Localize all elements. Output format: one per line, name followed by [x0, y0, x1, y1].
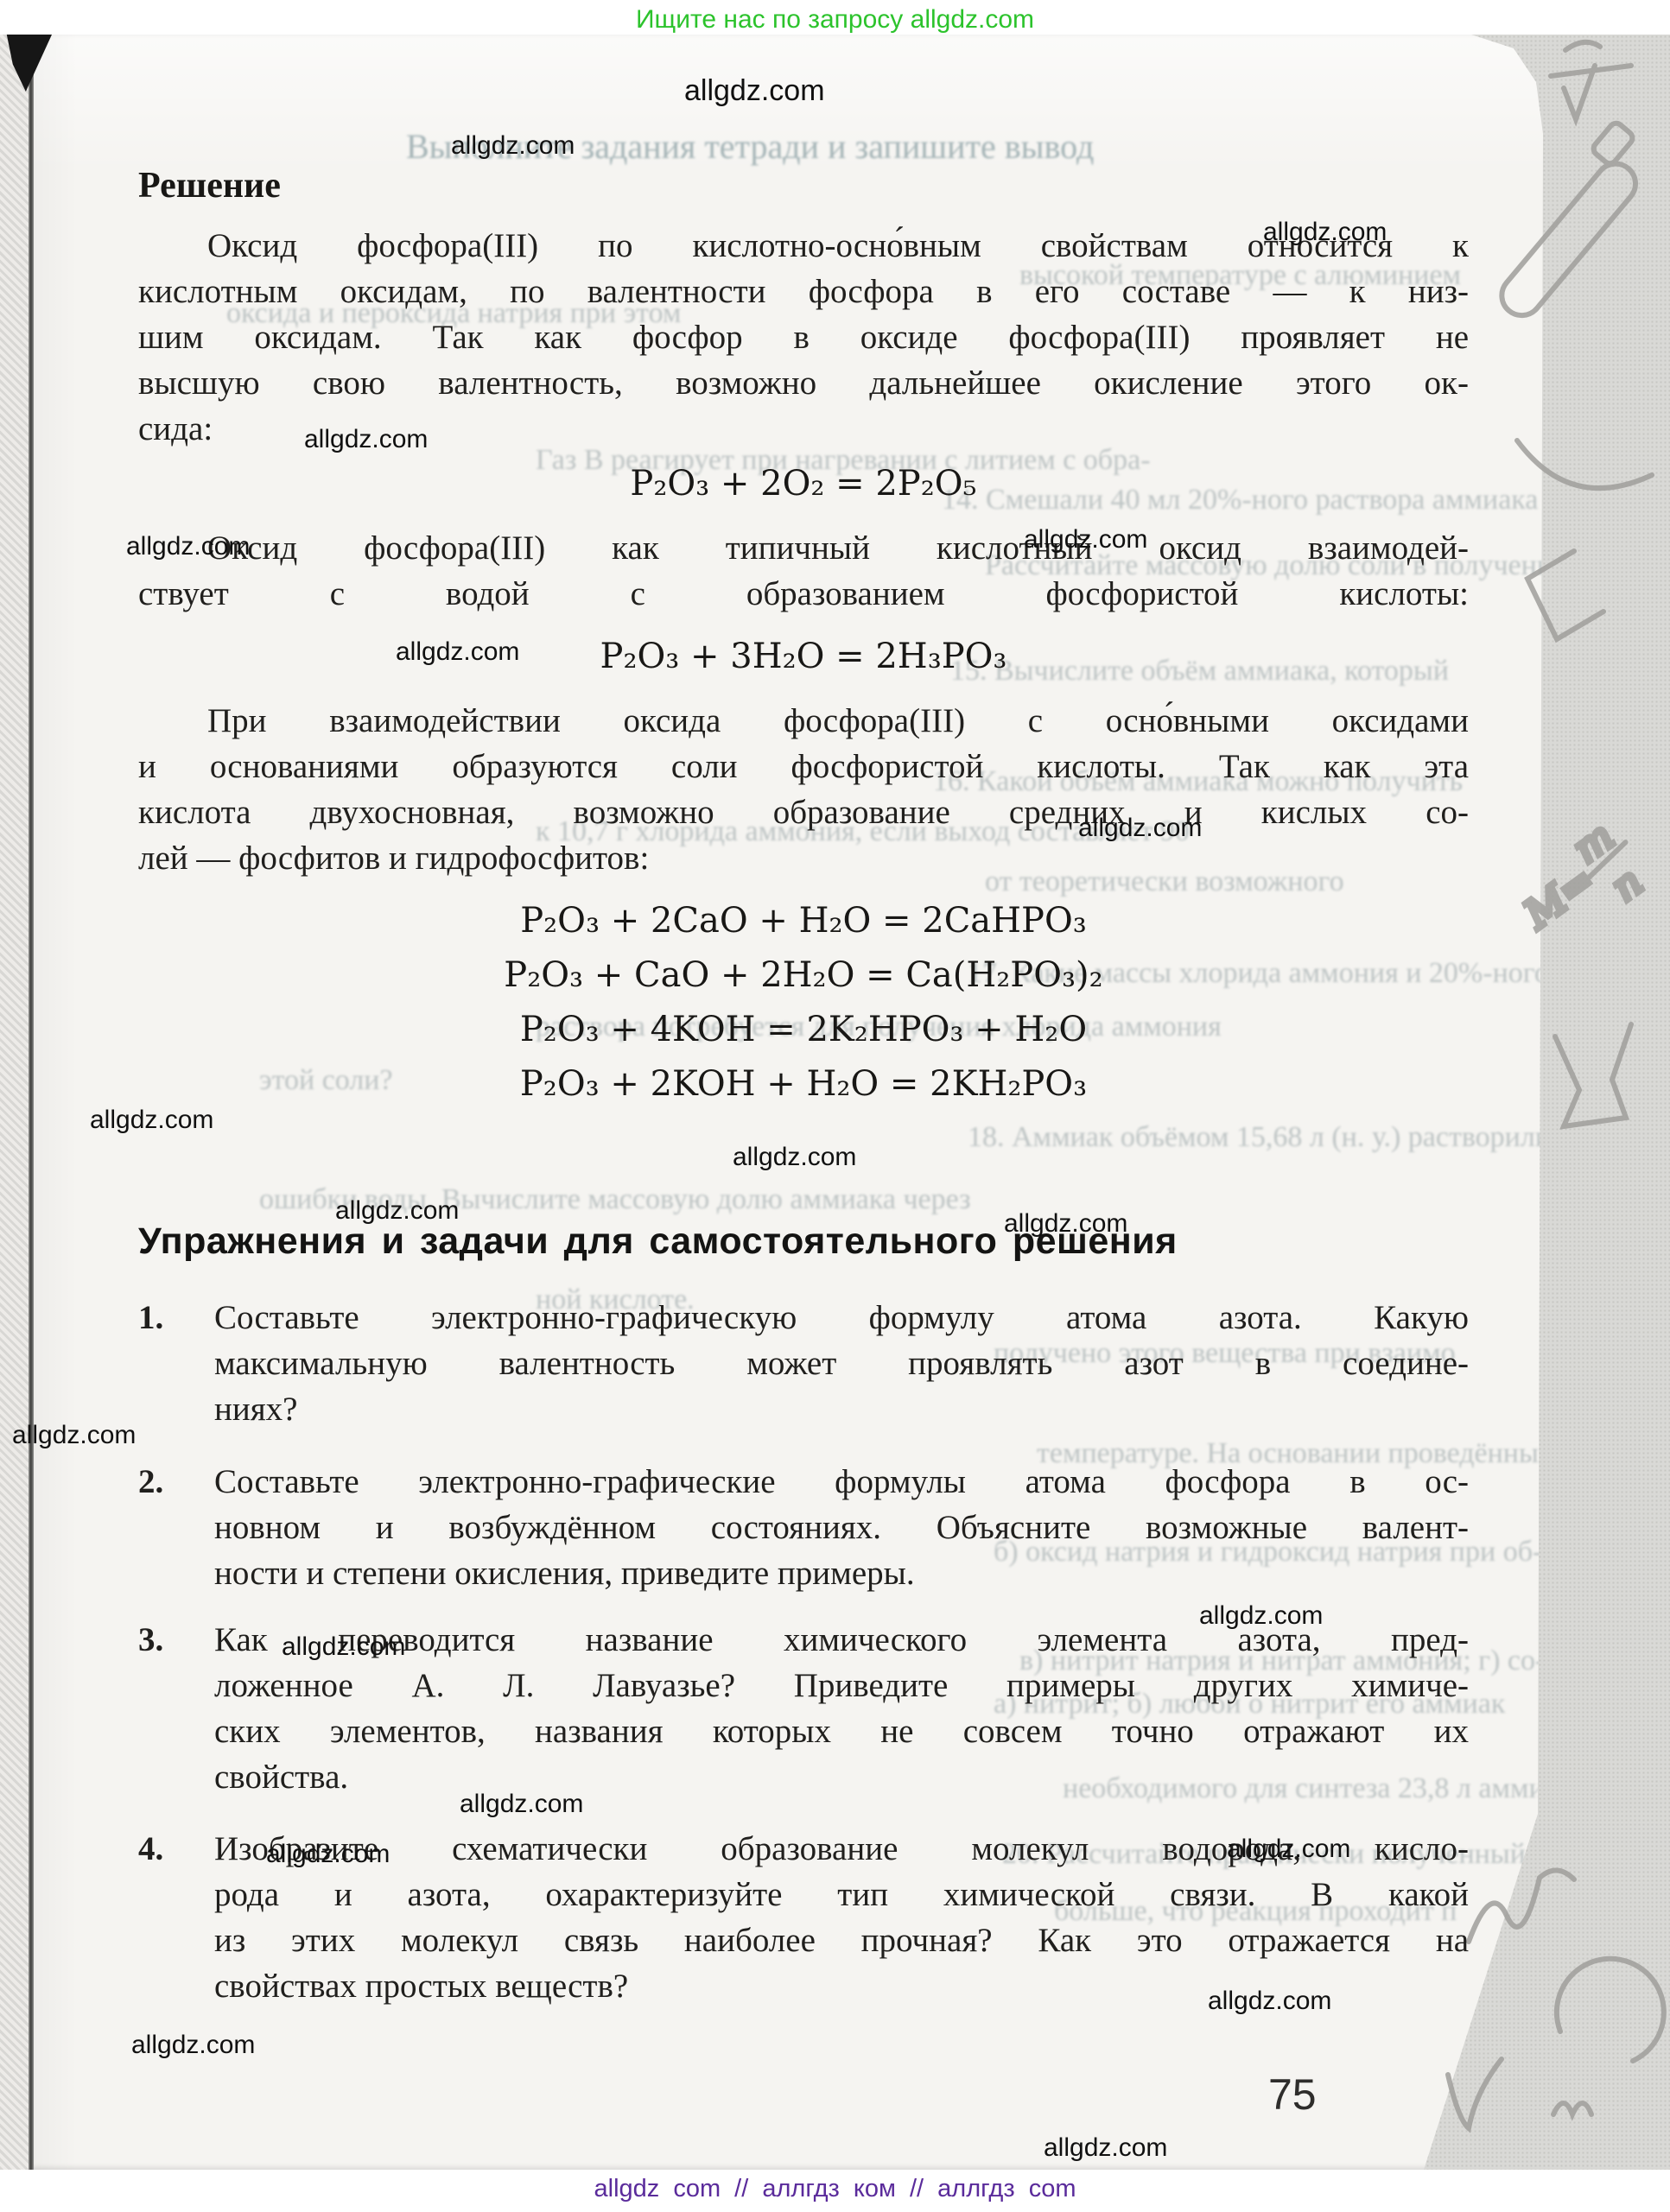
allgdz-watermark: allgdz.com: [282, 1632, 405, 1662]
screenshot-root: Ищите нас по запросу allgdz.com M= m n: [0, 0, 1670, 2212]
allgdz-watermark: allgdz.com: [733, 1143, 856, 1172]
allgdz-watermark: allgdz.com: [451, 131, 575, 161]
allgdz-watermark: allgdz.com: [1227, 1835, 1350, 1864]
allgdz-watermark: allgdz.com: [90, 1106, 213, 1135]
allgdz-watermark: allgdz.com: [266, 1840, 390, 1869]
allgdz-watermark: allgdz.com: [126, 532, 250, 561]
allgdz-watermark: allgdz.com: [335, 1196, 459, 1226]
footer-domains-text: allgdz com // аллгдз ком // аллгдз com: [0, 2175, 1670, 2203]
allgdz-watermark: allgdz.com: [1263, 218, 1387, 247]
allgdz-watermark: allgdz.com: [1044, 2133, 1167, 2163]
book-page-photo: M= m n Выполните задания тетради и запиш…: [0, 35, 1670, 2170]
watermark-layer: allgdz.comallgdz.comallgdz.comallgdz.com…: [0, 35, 1670, 2170]
promo-header-text: Ищите нас по запросу allgdz.com: [0, 5, 1670, 35]
allgdz-watermark: allgdz.com: [460, 1790, 583, 1819]
allgdz-watermark: allgdz.com: [1199, 1601, 1323, 1631]
allgdz-watermark: allgdz.com: [684, 74, 825, 108]
allgdz-watermark: allgdz.com: [131, 2031, 255, 2060]
allgdz-watermark: allgdz.com: [304, 425, 428, 454]
allgdz-watermark: allgdz.com: [1078, 814, 1202, 843]
allgdz-watermark: allgdz.com: [1208, 1987, 1331, 2016]
allgdz-watermark: allgdz.com: [1004, 1209, 1127, 1239]
allgdz-watermark: allgdz.com: [1024, 525, 1147, 555]
allgdz-watermark: allgdz.com: [396, 637, 519, 667]
allgdz-watermark: allgdz.com: [12, 1421, 136, 1450]
